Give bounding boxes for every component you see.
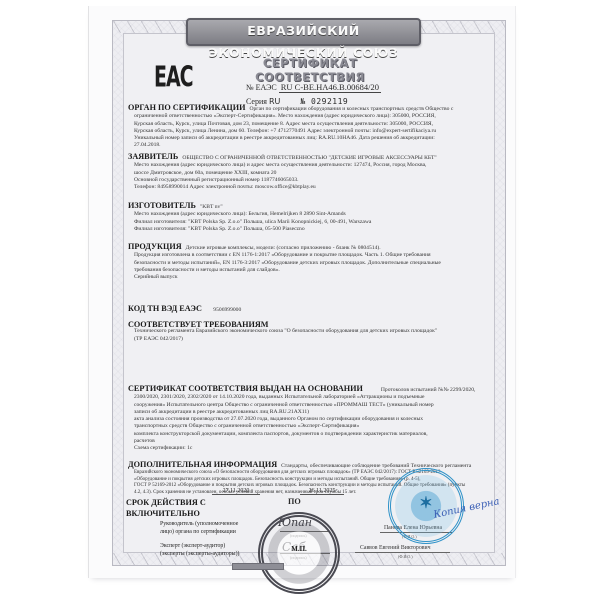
text-line: Технического регламента Евразийского эко… — [134, 328, 500, 335]
text-line: Телефон: 84958990014 Адрес электронной п… — [134, 184, 500, 191]
text-line: Продукция изготовлена в соответствии с E… — [134, 252, 500, 259]
section-heading: ДОПОЛНИТЕЛЬНАЯ ИНФОРМАЦИЯ — [128, 460, 277, 469]
registration-number: № ЕАЭС RU C-BE.HA46.B.00684/20 — [246, 82, 381, 92]
expert-name-caption: (Ф.И.О.) — [398, 554, 413, 559]
section-body: Технического регламента Евразийского эко… — [128, 328, 500, 343]
head-label-line1: Руководитель (уполномоченное — [160, 521, 238, 529]
section-heading: СЕРТИФИКАТ СООТВЕТСТВИЯ ВЫДАН НА ОСНОВАН… — [128, 384, 363, 393]
section-body: Место нахождения (адрес юридического лиц… — [128, 211, 500, 233]
text-line: Филиал изготовителя: "KBT Polska Sp. Z.o… — [134, 226, 500, 233]
section-heading: ЗАЯВИТЕЛЬ — [128, 152, 178, 161]
head-label-line2: лицо) органа по сертификации — [160, 529, 238, 537]
section-body: ограниченной ответственностью «Эксперт-С… — [128, 113, 500, 149]
section-hs-code: КОД ТН ВЭД ЕАЭС 9506999000 — [128, 305, 500, 314]
validity-label-line2: ВКЛЮЧИТЕЛЬНО — [126, 508, 206, 519]
text-line: сооружения» Испытательного центра Общест… — [134, 402, 500, 409]
reg-label: № ЕАЭС — [246, 83, 277, 92]
valid-to-label: ПО — [288, 497, 301, 506]
section-product: ПРОДУКЦИЯДетские игровые комплексы, моде… — [128, 243, 500, 281]
section-body: Место нахождения (адрес юридического лиц… — [128, 162, 500, 191]
eac-mark-icon: ЕАС — [154, 61, 193, 94]
text-line: Уникальный номер записи об аккредитации … — [134, 135, 500, 142]
blank-footer-tag — [232, 563, 284, 570]
valid-from-date: 27.11.2020 — [212, 488, 260, 495]
section-basis: СЕРТИФИКАТ СООТВЕТСТВИЯ ВЫДАН НА ОСНОВАН… — [128, 385, 500, 453]
head-signatory-label: Руководитель (уполномоченное лицо) орган… — [160, 521, 238, 536]
text-line: требования безопасности и методы испытан… — [134, 267, 500, 274]
validity-label-line1: СРОК ДЕЙСТВИЯ С — [126, 497, 206, 508]
seal-label: М.П. — [263, 545, 335, 553]
union-banner: ЕВРАЗИЙСКИЙ ЭКОНОМИЧЕСКИЙ СОЮЗ — [186, 18, 421, 46]
section-lead: Стандарты, обеспечивающие соблюдение тре… — [281, 463, 471, 469]
text-line: транспортных средств Общество с ограниче… — [134, 423, 500, 430]
section-heading: КОД ТН ВЭД ЕАЭС — [128, 304, 202, 313]
reg-value: RU C-BE.HA46.B.00684/20 — [279, 82, 381, 93]
text-line: Курская область, Курск, улица Почтовая, … — [134, 121, 500, 128]
section-certification-body: ОРГАН ПО СЕРТИФИКАЦИИОрган по сертификац… — [128, 104, 500, 150]
text-line: Место нахождения (адрес юридического лиц… — [134, 211, 500, 218]
expert-label: Эксперт (эксперт-аудитор) (эксперты (экс… — [160, 543, 239, 558]
valid-to-date: 26.11.2025 — [300, 488, 344, 495]
text-line: безопасности и методы испытаний», EN 117… — [134, 260, 500, 267]
section-heading: ИЗГОТОВИТЕЛЬ — [128, 201, 196, 210]
section-lead: Орган по сертификации оборудования и кол… — [249, 106, 453, 112]
section-applicant: ЗАЯВИТЕЛЬОБЩЕСТВО С ОГРАНИЧЕННОЙ ОТВЕТСТ… — [128, 153, 500, 191]
section-lead: Детские игровые комплексы, модели: (согл… — [186, 245, 381, 251]
text-line: 27.04.2018. — [134, 142, 500, 149]
certificate-title: СЕРТИФИКАТ СООТВЕТСТВИЯ — [220, 56, 400, 84]
validity-label: СРОК ДЕЙСТВИЯ С ВКЛЮЧИТЕЛЬНО — [126, 497, 206, 519]
section-manufacturer: ИЗГОТОВИТЕЛЬ"KBT nv" Место нахождения (а… — [128, 202, 500, 233]
section-lead: Протоколов испытаний №№ 2299/2020, — [381, 387, 476, 393]
text-line: Место нахождения (адрес юридического лиц… — [134, 162, 500, 169]
text-line: ограниченной ответственностью «Эксперт-С… — [134, 113, 500, 120]
section-lead: "KBT nv" — [200, 204, 223, 210]
hs-code-value: 9506999000 — [213, 307, 241, 313]
text-line: комплекта конструкторской документации, … — [134, 431, 500, 438]
text-line: Филиал изготовителя: "KBT Polska Sp. Z.o… — [134, 219, 500, 226]
expert-label-line2: (эксперты (эксперты-аудиторы)) — [160, 551, 239, 559]
text-line: шоссе Дмитровское, дом 60а, помещение XX… — [134, 170, 500, 177]
section-lead: ОБЩЕСТВО С ОГРАНИЧЕННОЙ ОТВЕТСТВЕННОСТЬЮ… — [182, 155, 436, 161]
section-heading: ОРГАН ПО СЕРТИФИКАЦИИ — [128, 103, 245, 112]
round-seal-icon: М.П. — [258, 512, 340, 594]
text-line: 2300/2020, 2301/2020, 2302/2020 от 14.10… — [134, 394, 500, 401]
text-line: (ТР ЕАЭС 042/2017) — [134, 336, 500, 343]
text-line: Серийный выпуск — [134, 274, 500, 281]
section-body: 2300/2020, 2301/2020, 2302/2020 от 14.10… — [128, 394, 500, 452]
expert-name-line — [355, 552, 450, 553]
expert-label-line1: Эксперт (эксперт-аудитор) — [160, 543, 239, 551]
section-body: Продукция изготовлена в соответствии с E… — [128, 252, 500, 281]
expert-name: Саввов Евгений Викторович — [360, 545, 430, 551]
text-line: Схема сертификации: 1с — [134, 445, 500, 452]
section-heading: ПРОДУКЦИЯ — [128, 242, 182, 251]
section-conformity: СООТВЕТСТВУЕТ ТРЕБОВАНИЯМ Технического р… — [128, 321, 500, 343]
